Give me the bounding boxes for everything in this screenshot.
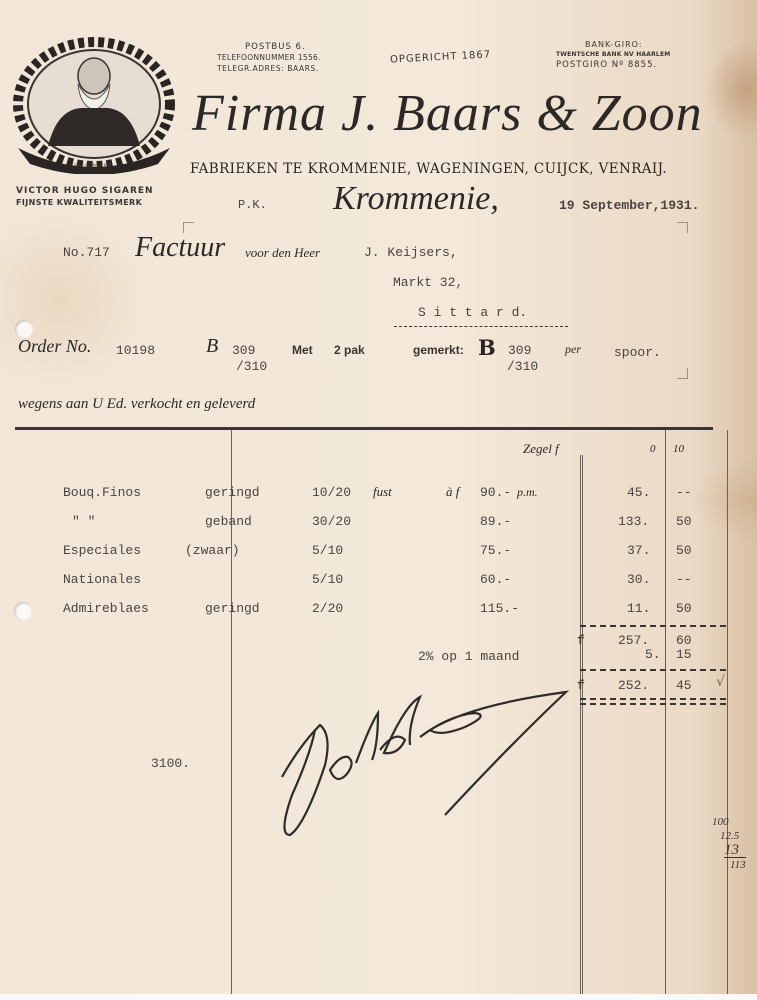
emblem-small-label: GEDEPONEERD bbox=[70, 163, 112, 168]
cents-header-10: 10 bbox=[673, 443, 684, 455]
check-mark-icon: √ bbox=[716, 674, 725, 690]
unit-price: 115.- bbox=[480, 601, 519, 616]
voor-den-heer-label: voor den Heer bbox=[245, 245, 320, 261]
city-underline bbox=[394, 326, 568, 327]
emblem-caption-line1: VICTOR HUGO SIGAREN bbox=[16, 186, 154, 196]
product-variant: geringd bbox=[205, 601, 260, 616]
cents-header-0: 0 bbox=[650, 443, 656, 455]
unit-price: 75.- bbox=[480, 543, 511, 558]
order-label: Order No. bbox=[18, 336, 91, 357]
marked-top: 309 bbox=[508, 343, 531, 358]
product-note: fust bbox=[373, 484, 392, 500]
product-name: Nationales bbox=[63, 572, 141, 587]
unit-price: 60.- bbox=[480, 572, 511, 587]
total-currency: f bbox=[577, 678, 585, 693]
product-name: " " bbox=[72, 514, 95, 529]
customer-street: Markt 32, bbox=[393, 275, 463, 290]
product-size: 2/20 bbox=[312, 601, 343, 616]
line-amount: 11. bbox=[627, 601, 650, 616]
column-divider-cents bbox=[665, 430, 666, 995]
punch-hole-bottom bbox=[14, 602, 32, 620]
product-size: 5/10 bbox=[312, 572, 343, 587]
total-rule bbox=[580, 669, 726, 671]
line-cents: 50 bbox=[676, 543, 692, 558]
contact-phone: TELEFOONNUMMER 1556. bbox=[217, 53, 321, 62]
price-suffix: p.m. bbox=[517, 485, 538, 500]
product-size: 5/10 bbox=[312, 543, 343, 558]
line-cents: -- bbox=[676, 572, 692, 587]
subtotal-cents: 60 bbox=[676, 633, 692, 648]
marked-bottom: /310 bbox=[507, 359, 538, 374]
pk-label: P.K. bbox=[238, 198, 267, 212]
bank-giro-label: BANK-GIRO: bbox=[585, 40, 643, 49]
signature-icon bbox=[270, 685, 570, 855]
product-variant: geringd bbox=[205, 485, 260, 500]
line-amount: 133. bbox=[618, 514, 649, 529]
discount-label: 2% op 1 maand bbox=[418, 649, 519, 664]
line-amount: 30. bbox=[627, 572, 650, 587]
margin-note: 12.5 bbox=[720, 829, 746, 843]
invoice-number: No.717 bbox=[63, 245, 110, 260]
invoice-title: Factuur bbox=[135, 232, 225, 264]
marked-label: gemerkt: bbox=[413, 343, 464, 357]
subtotal-amount: 257. bbox=[618, 633, 649, 648]
met-label: Met bbox=[292, 343, 313, 357]
customer-name: J. Keijsers, bbox=[364, 245, 458, 260]
line-amount: 45. bbox=[627, 485, 650, 500]
laurel-wreath-portrait-icon bbox=[8, 36, 180, 174]
corner-mark bbox=[677, 222, 688, 233]
product-name: Admireblaes bbox=[63, 601, 149, 616]
transport-mode: spoor. bbox=[614, 345, 661, 360]
unit-price: 90.- bbox=[480, 485, 511, 500]
product-variant: (zwaar) bbox=[185, 543, 240, 558]
unit-price: 89.- bbox=[480, 514, 511, 529]
order-ref-bottom: /310 bbox=[236, 359, 267, 374]
line-cents: 50 bbox=[676, 514, 692, 529]
discount-amount: 5. bbox=[645, 647, 661, 662]
order-ref-symbol: B bbox=[206, 335, 218, 358]
zegel-header: Zegel f bbox=[523, 441, 559, 457]
product-size: 10/20 bbox=[312, 485, 351, 500]
table-top-rule bbox=[15, 427, 713, 430]
subtotal-rule bbox=[580, 625, 726, 627]
reference-number: 3100. bbox=[151, 756, 190, 771]
total-double-rule-top bbox=[580, 698, 726, 700]
column-divider-amount bbox=[580, 455, 583, 995]
invoice-date: 19 September,1931. bbox=[559, 198, 699, 213]
line-cents: -- bbox=[676, 485, 692, 500]
corner-mark bbox=[677, 368, 688, 379]
emblem-caption-line2: FIJNSTE KWALITEITSMERK bbox=[16, 198, 142, 207]
product-name: Bouq.Finos bbox=[63, 485, 141, 500]
contact-postbus: POSTBUS 6. bbox=[245, 42, 306, 52]
product-name: Especiales bbox=[63, 543, 141, 558]
packages-count: 2 pak bbox=[334, 343, 365, 357]
total-double-rule-bottom bbox=[580, 703, 726, 705]
total-amount: 252. bbox=[618, 678, 649, 693]
discount-cents: 15 bbox=[676, 647, 692, 662]
margin-note: 13 bbox=[724, 843, 746, 858]
victor-hugo-emblem: GEDEPONEERD bbox=[8, 36, 180, 174]
factories-line: FABRIEKEN TE KROMMENIE, WAGENINGEN, CUIJ… bbox=[190, 161, 667, 177]
price-prefix: à f bbox=[446, 484, 459, 500]
subtotal-currency: f bbox=[577, 633, 585, 648]
column-divider-right bbox=[727, 430, 728, 995]
line-amount: 37. bbox=[627, 543, 650, 558]
product-size: 30/20 bbox=[312, 514, 351, 529]
signature-voldaan: Voldaan bbox=[270, 685, 570, 855]
line-cents: 50 bbox=[676, 601, 692, 616]
marked-letter: B bbox=[478, 335, 496, 360]
product-variant: geband bbox=[205, 514, 252, 529]
contact-telegram: TELEGR.ADRES: BAARS. bbox=[217, 64, 319, 73]
per-label: per bbox=[565, 342, 581, 357]
margin-note: 100 bbox=[712, 815, 746, 829]
margin-note: 113 bbox=[730, 858, 746, 872]
customer-city: S i t t a r d. bbox=[418, 305, 527, 320]
place-name: Krommenie, bbox=[333, 180, 499, 218]
bottom-edge-shadow bbox=[0, 994, 757, 1000]
sold-delivered-label: wegens aan U Ed. verkocht en geleverd bbox=[18, 396, 255, 413]
total-cents: 45 bbox=[676, 678, 692, 693]
margin-notes: 100 12.5 13 113 bbox=[712, 815, 746, 872]
postgiro-number: POSTGIRO Nº 8855. bbox=[556, 60, 657, 70]
order-number: 10198 bbox=[116, 343, 155, 358]
company-name: Firma J. Baars & Zoon bbox=[192, 88, 703, 140]
bank-name: TWENTSCHE BANK NV HAARLEM bbox=[556, 51, 670, 58]
order-ref-top: 309 bbox=[232, 343, 255, 358]
